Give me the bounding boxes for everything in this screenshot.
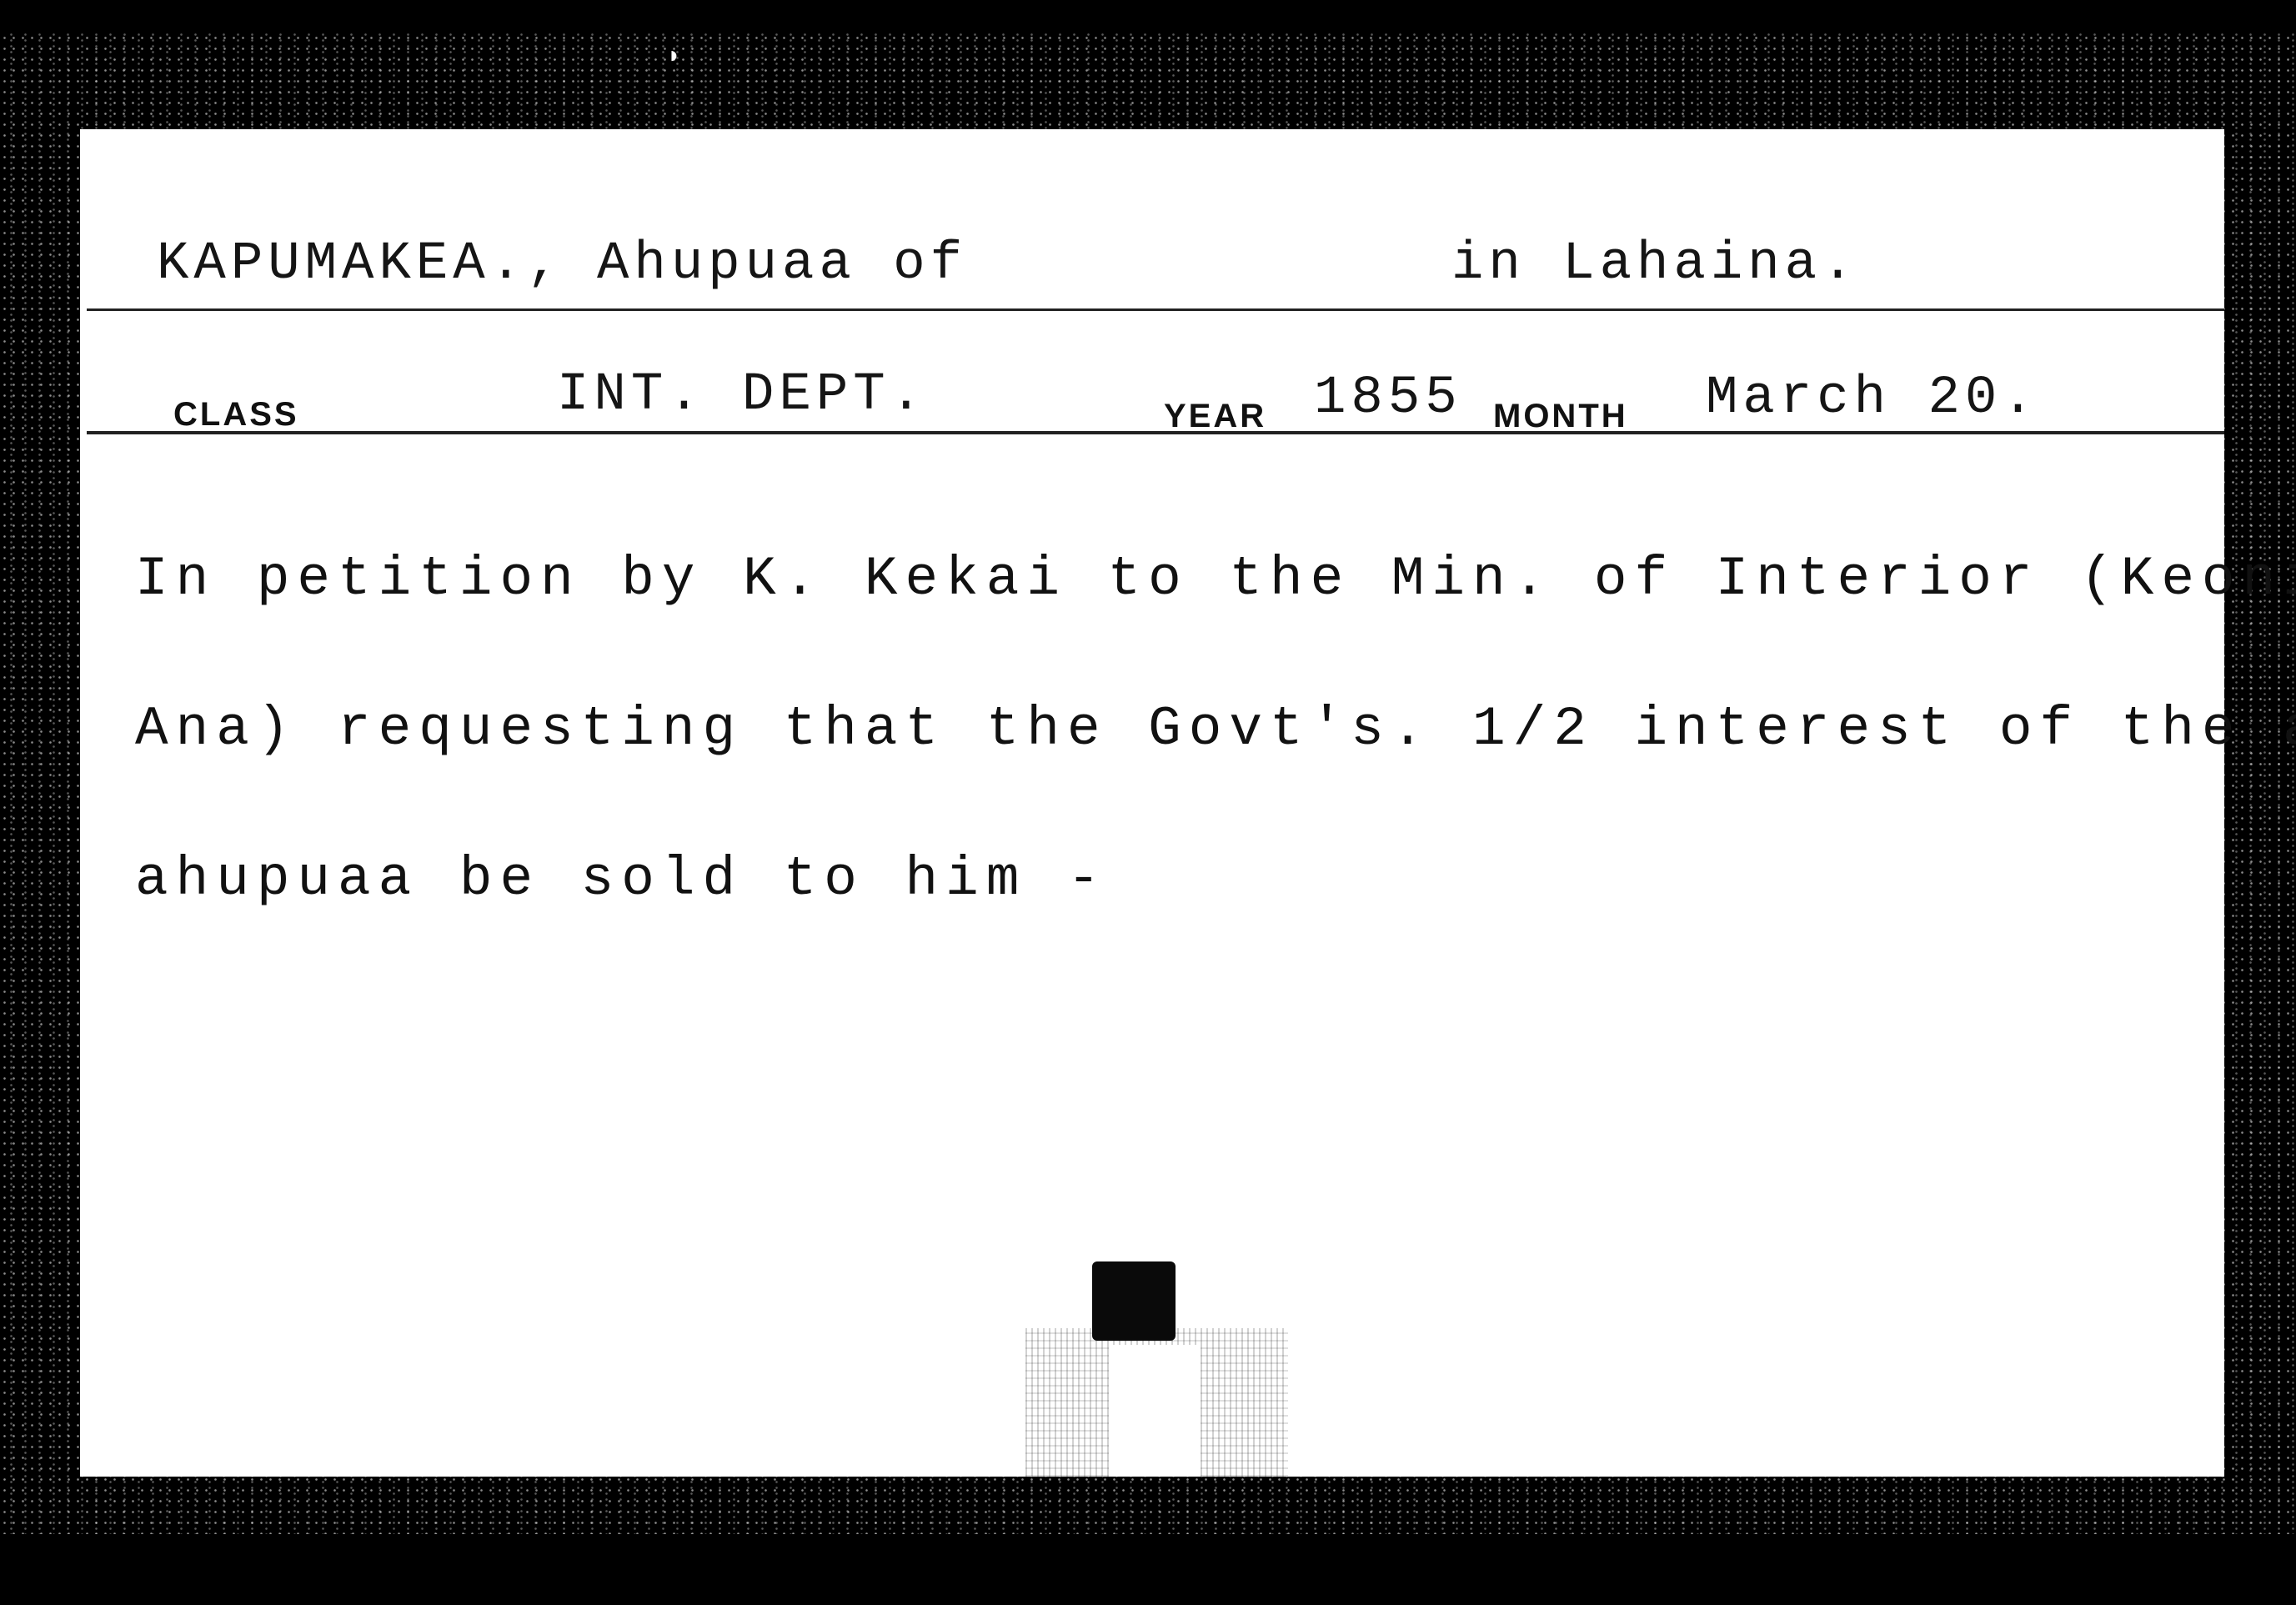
year-value: 1855 <box>1314 369 1462 429</box>
title-name: KAPUMAKEA., <box>157 234 564 294</box>
header-rule <box>87 431 2224 434</box>
title-type: Ahupuaa of <box>597 234 967 294</box>
card-body: In petition by K. Kekai to the Min. of I… <box>135 454 2296 1005</box>
year-label: YEAR <box>1164 398 1266 435</box>
body-line: ahupuaa be sold to him - <box>135 855 2296 905</box>
title-rule <box>87 308 2224 311</box>
stamp-center <box>1109 1345 1201 1477</box>
title-location: in Lahaina. <box>1451 234 1858 294</box>
punch-mark: ◗ <box>667 44 681 70</box>
index-tab <box>1092 1261 1176 1341</box>
scan-border-bottom <box>0 1534 2296 1605</box>
body-line: In petition by K. Kekai to the Min. of I… <box>135 554 2296 604</box>
body-line: Ana) requesting that the Govt's. 1/2 int… <box>135 705 2296 755</box>
card-tab-stamp <box>1025 1261 1288 1477</box>
class-value: INT. DEPT. <box>557 365 927 425</box>
month-value: March 20. <box>1706 369 2039 429</box>
month-label: MONTH <box>1493 398 1628 435</box>
scan-border-top <box>0 0 2296 33</box>
class-label: CLASS <box>173 396 299 434</box>
